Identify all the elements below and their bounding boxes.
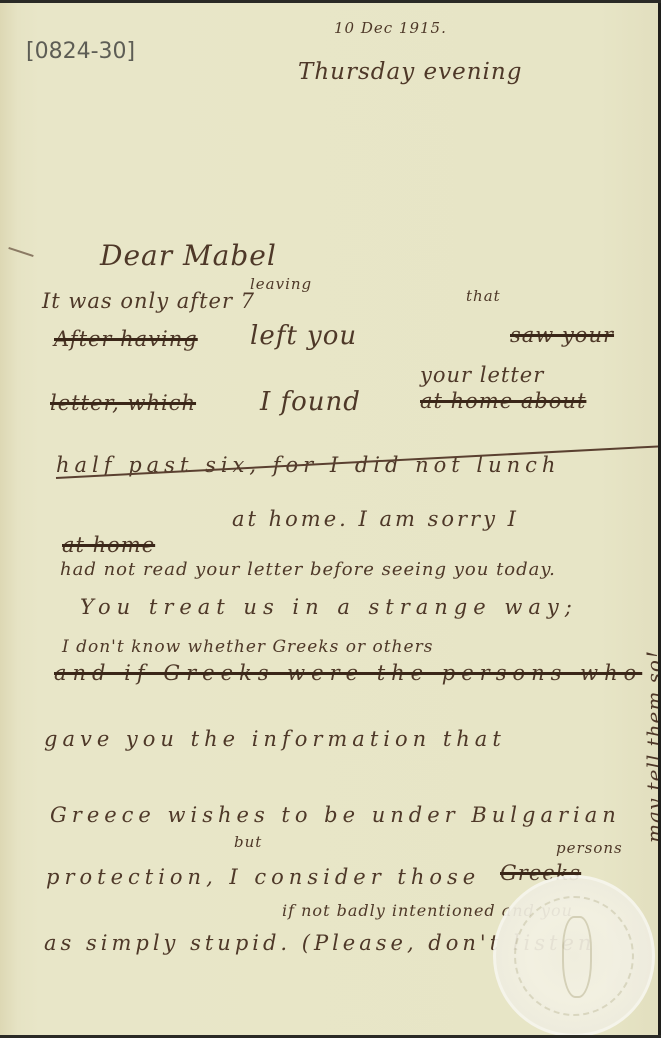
line-12: protection, I consider those [46,865,480,889]
line-12-insert-2: persons [556,839,623,857]
letter-day-line: Thursday evening [298,59,522,85]
line-3-struck-2: at home about [420,389,586,413]
line-2: left you [250,321,357,351]
line-2-insert: that [466,287,501,305]
line-2-struck: After having [54,327,198,351]
line-6: had not read your letter before seeing y… [60,559,556,580]
margin-note: may tell them so! [642,650,661,843]
line-12-insert: but [234,833,262,851]
library-seal-stamp [493,875,655,1035]
line-9-struck: and if Greeks were the persons who [54,661,642,685]
seal-vase-icon [562,916,592,998]
line-2-struck-2: saw your [510,323,614,347]
line-8: I don't know whether Greeks or others [62,637,433,657]
archive-reference: [0824-30] [26,39,135,64]
line-3-insert: your letter [420,363,544,387]
letter-date: 10 Dec 1915. [334,19,447,37]
line-5-struck: at home [62,533,155,557]
salutation: Dear Mabel [100,239,277,272]
letter-page: [0824-30] 10 Dec 1915. Thursday evening … [0,3,661,1035]
line-1: It was only after 7 [42,289,255,313]
margin-tick-mark [8,247,33,257]
line-3: I found [260,387,361,417]
line-10: gave you the information that [44,727,506,751]
line-1-insert: leaving [250,275,312,293]
line-5: at home. I am sorry I [232,507,519,531]
line-7: You treat us in a strange way; [80,595,578,619]
line-3-struck: letter, which [50,391,196,415]
line-11: Greece wishes to be under Bulgarian [50,803,621,827]
